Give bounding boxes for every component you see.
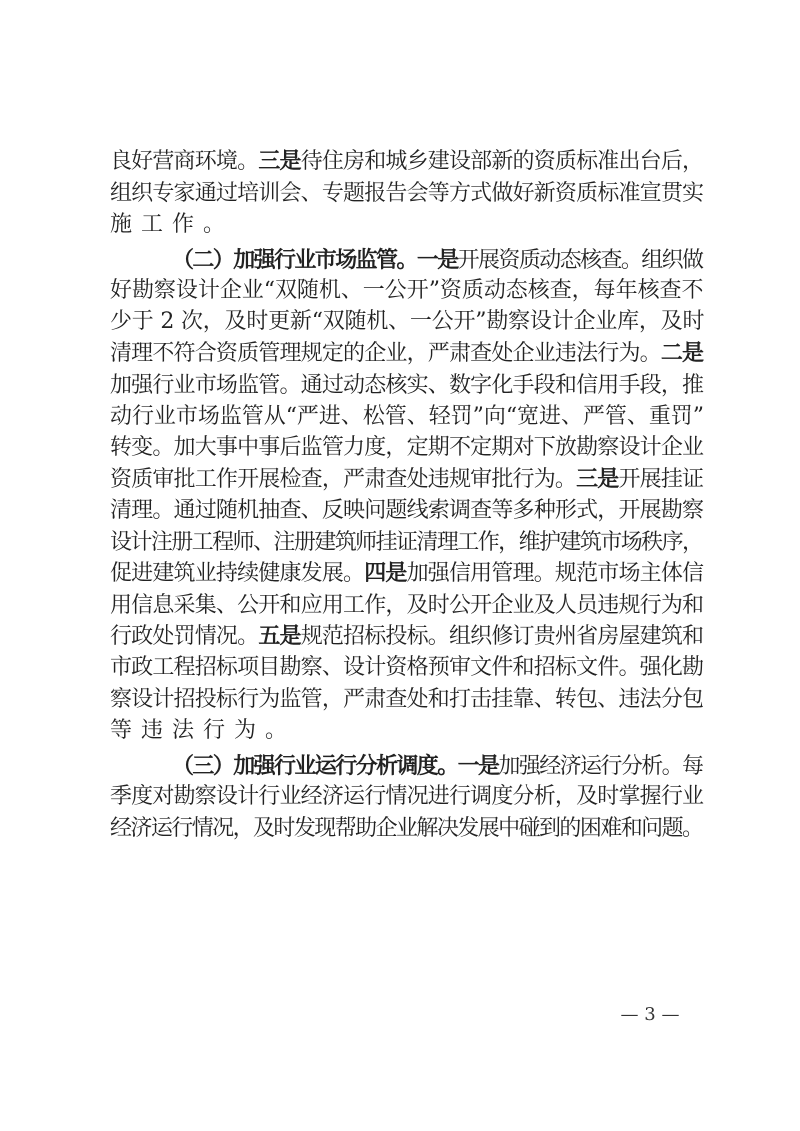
text-line: 资质审批工作开展检查，严肃查处违规审批行为。三是开展挂证 bbox=[110, 464, 704, 496]
body-text-segment: 察设计招投标行为监管，严肃查处和打击挂靠、转包、违法分包 bbox=[110, 687, 703, 712]
body-text-segment: 资质审批工作开展检查，严肃查处违规审批行为。 bbox=[110, 467, 576, 492]
text-line: 市政工程招标项目勘察、设计资格预审文件和招标文件。强化勘 bbox=[110, 652, 704, 684]
body-text-segment: 加强行业市场监管。通过动态核实、数字化手段和信用手段，推 bbox=[110, 373, 703, 398]
document-page: 良好营商环境。三是待住房和城乡建设部新的资质标准出台后，组织专家通过培训会、专题… bbox=[0, 0, 800, 1131]
text-line: 促进建筑业持续健康发展。四是加强信用管理。规范市场主体信 bbox=[110, 558, 704, 590]
body-text-segment: 用信息采集、公开和应用工作，及时公开企业及人员违规行为和 bbox=[110, 593, 703, 618]
body-text-segment: 好勘察设计企业“双随机、一公开”资质动态核查，每年核查不 bbox=[110, 278, 703, 303]
text-line: 经济运行情况，及时发现帮助企业解决发展中碰到的困难和问题。 bbox=[110, 813, 704, 845]
body-text-segment: 促进建筑业持续健康发展。 bbox=[110, 561, 364, 586]
text-line: 施工作。 bbox=[110, 209, 704, 241]
emphasis-text: 三是 bbox=[258, 149, 300, 174]
body-text-segment: 清理。通过随机抽查、反映问题线索调查等多种形式，开展勘察 bbox=[110, 498, 703, 523]
body-text-segment: 行政处罚情况。 bbox=[110, 624, 258, 649]
text-line: （三）加强行业运行分析调度。一是加强经济运行分析。每 bbox=[172, 750, 704, 782]
body-text-segment: 良好营商环境。 bbox=[110, 149, 258, 174]
text-line: 清理。通过随机抽查、反映问题线索调查等多种形式，开展勘察 bbox=[110, 495, 704, 527]
body-text-segment: 市政工程招标项目勘察、设计资格预审文件和招标文件。强化勘 bbox=[110, 655, 703, 680]
text-line: 加强行业市场监管。通过动态核实、数字化手段和信用手段，推 bbox=[110, 370, 704, 402]
body-text-segment: 加强信用管理。规范市场主体信 bbox=[407, 561, 704, 586]
text-line: （二）加强行业市场监管。一是开展资质动态核查。组织做 bbox=[172, 244, 704, 276]
emphasis-text: 一是 bbox=[417, 248, 458, 273]
page-number: — 3 — bbox=[600, 1003, 700, 1027]
body-text-segment: 季度对勘察设计行业经济运行情况进行调度分析，及时掌握行业 bbox=[110, 784, 703, 809]
body-text-segment: 规范招标投标。组织修订贵州省房屋建筑和 bbox=[301, 624, 704, 649]
text-line: 少于 2 次，及时更新“双随机、一公开”勘察设计企业库，及时 bbox=[110, 306, 704, 338]
text-line: 动行业市场监管从“严进、松管、轻罚”向“宽进、严管、重罚” bbox=[110, 401, 704, 433]
body-text-segment: 动行业市场监管从“严进、松管、轻罚”向“宽进、严管、重罚” bbox=[110, 404, 704, 429]
body-text-segment: 开展资质动态核查。组织做 bbox=[458, 248, 703, 273]
text-line: 设计注册工程师、注册建筑师挂证清理工作，维护建筑市场秩序， bbox=[110, 527, 704, 559]
text-line: 季度对勘察设计行业经济运行情况进行调度分析，及时掌握行业 bbox=[110, 781, 704, 813]
body-text-segment: 加强经济运行分析。每 bbox=[498, 754, 702, 779]
section-heading: （二）加强行业市场监管。 bbox=[172, 247, 417, 273]
text-line: 察设计招投标行为监管，严肃查处和打击挂靠、转包、违法分包 bbox=[110, 684, 704, 716]
text-line: 组织专家通过培训会、专题报告会等方式做好新资质标准宣贯实 bbox=[110, 178, 704, 210]
body-text-segment: 转变。加大事中事后监管力度，定期不定期对下放勘察设计企业 bbox=[110, 435, 703, 460]
text-line: 清理不符合资质管理规定的企业，严肃查处企业违法行为。二是 bbox=[110, 338, 704, 370]
emphasis-text: 五是 bbox=[258, 624, 300, 649]
text-line: 良好营商环境。三是待住房和城乡建设部新的资质标准出台后， bbox=[110, 146, 704, 178]
body-text-segment: 开展挂证 bbox=[618, 467, 703, 492]
text-line: 好勘察设计企业“双随机、一公开”资质动态核查，每年核查不 bbox=[110, 275, 704, 307]
emphasis-text: 一是 bbox=[458, 754, 499, 779]
text-line: 转变。加大事中事后监管力度，定期不定期对下放勘察设计企业 bbox=[110, 432, 704, 464]
body-text-segment: 设计注册工程师、注册建筑师挂证清理工作，维护建筑市场秩序， bbox=[110, 530, 702, 555]
body-text-segment: 经济运行情况，及时发现帮助企业解决发展中碰到的困难和问题。 bbox=[110, 816, 702, 841]
body-text-segment: 组织专家通过培训会、专题报告会等方式做好新资质标准宣贯实 bbox=[110, 181, 703, 206]
text-line: 行政处罚情况。五是规范招标投标。组织修订贵州省房屋建筑和 bbox=[110, 621, 704, 653]
body-text-segment: 施工作。 bbox=[110, 212, 234, 237]
section-heading: （三）加强行业运行分析调度。 bbox=[172, 753, 458, 779]
text-line: 用信息采集、公开和应用工作，及时公开企业及人员违规行为和 bbox=[110, 590, 704, 622]
body-text-segment: 待住房和城乡建设部新的资质标准出台后， bbox=[301, 149, 704, 174]
body-text-segment: 清理不符合资质管理规定的企业，严肃查处企业违法行为。 bbox=[110, 341, 661, 366]
text-line: 等违法行为。 bbox=[110, 715, 704, 747]
body-text-segment: 等违法行为。 bbox=[110, 718, 296, 743]
body-text-segment: 少于 2 次，及时更新“双随机、一公开”勘察设计企业库，及时 bbox=[110, 309, 704, 334]
emphasis-text: 三是 bbox=[576, 467, 618, 492]
emphasis-text: 二是 bbox=[661, 341, 703, 366]
emphasis-text: 四是 bbox=[364, 561, 406, 586]
